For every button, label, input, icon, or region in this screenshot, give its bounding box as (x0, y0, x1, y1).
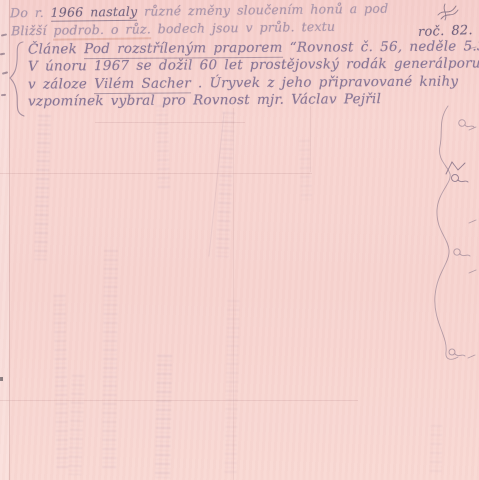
showthrough-ghost (102, 250, 118, 470)
loop-mark-icon (449, 349, 465, 356)
note-line2-pre: Bližší (11, 23, 47, 38)
note-line1-pre: Do r. (10, 5, 44, 20)
showthrough-ghost (430, 425, 443, 475)
check-mark-icon (446, 162, 465, 174)
paper-crease (0, 400, 358, 401)
edge-dash-icon (468, 355, 475, 358)
note-line2-underlined: podrob. o růz. (53, 21, 151, 40)
article-intro: Článek (28, 41, 77, 57)
article-person-name: Vilém Sacher (94, 75, 191, 94)
showthrough-ghost (299, 140, 312, 200)
paper-crease (208, 112, 224, 256)
article-line3-pre: v záloze (28, 76, 87, 92)
volume-label: roč. 82. (418, 23, 473, 40)
article-line3-rest: . Úryvek z jeho připravované knihy (198, 73, 458, 91)
showthrough-ghost (216, 112, 235, 257)
showthrough-ghost (156, 105, 170, 190)
note-line2-rest: bodech jsou v průb. textu (158, 19, 336, 36)
article-source: “Rovnost č. 56, neděle 5.3.1967 - (290, 38, 479, 56)
note-line1-rest: různé změny sloučením honů a pod (144, 1, 388, 19)
margin-squiggle-line (435, 106, 458, 359)
showthrough-ghost (34, 115, 51, 260)
note-line-1: Do r. 1966 nastaly různé změny sloučením… (10, 1, 389, 21)
paper-crease (0, 173, 312, 174)
scan-artifact-dot (0, 377, 3, 381)
edge-dash-icon (469, 220, 476, 223)
article-annotation: Článek Pod rozstříleným praporem “Rovnos… (28, 40, 476, 109)
paper-crease (310, 106, 311, 172)
note-line1-emphasis: 1966 nastaly (51, 4, 138, 22)
showthrough-ghost (224, 300, 239, 475)
corner-scribble-icon (438, 4, 458, 20)
scanned-note-card: Do r. 1966 nastaly různé změny sloučením… (0, 0, 479, 480)
loop-mark-icon (459, 120, 474, 127)
loop-mark-icon (454, 249, 470, 256)
edge-dash-icon (469, 127, 476, 130)
showthrough-ghost (155, 355, 172, 480)
paper-crease (95, 122, 245, 123)
loop-mark-icon (452, 175, 469, 183)
left-brace-icon (7, 40, 27, 118)
showthrough-ghost (53, 295, 68, 470)
paper-crease (233, 108, 234, 480)
edge-dash-icon (469, 270, 476, 273)
showthrough-ghost (68, 375, 84, 475)
article-line-4: vzpomínek vybral pro Rovnost mjr. Václav… (28, 90, 476, 110)
note-line-2: Bližší podrob. o růz. bodech jsou v průb… (11, 19, 336, 39)
